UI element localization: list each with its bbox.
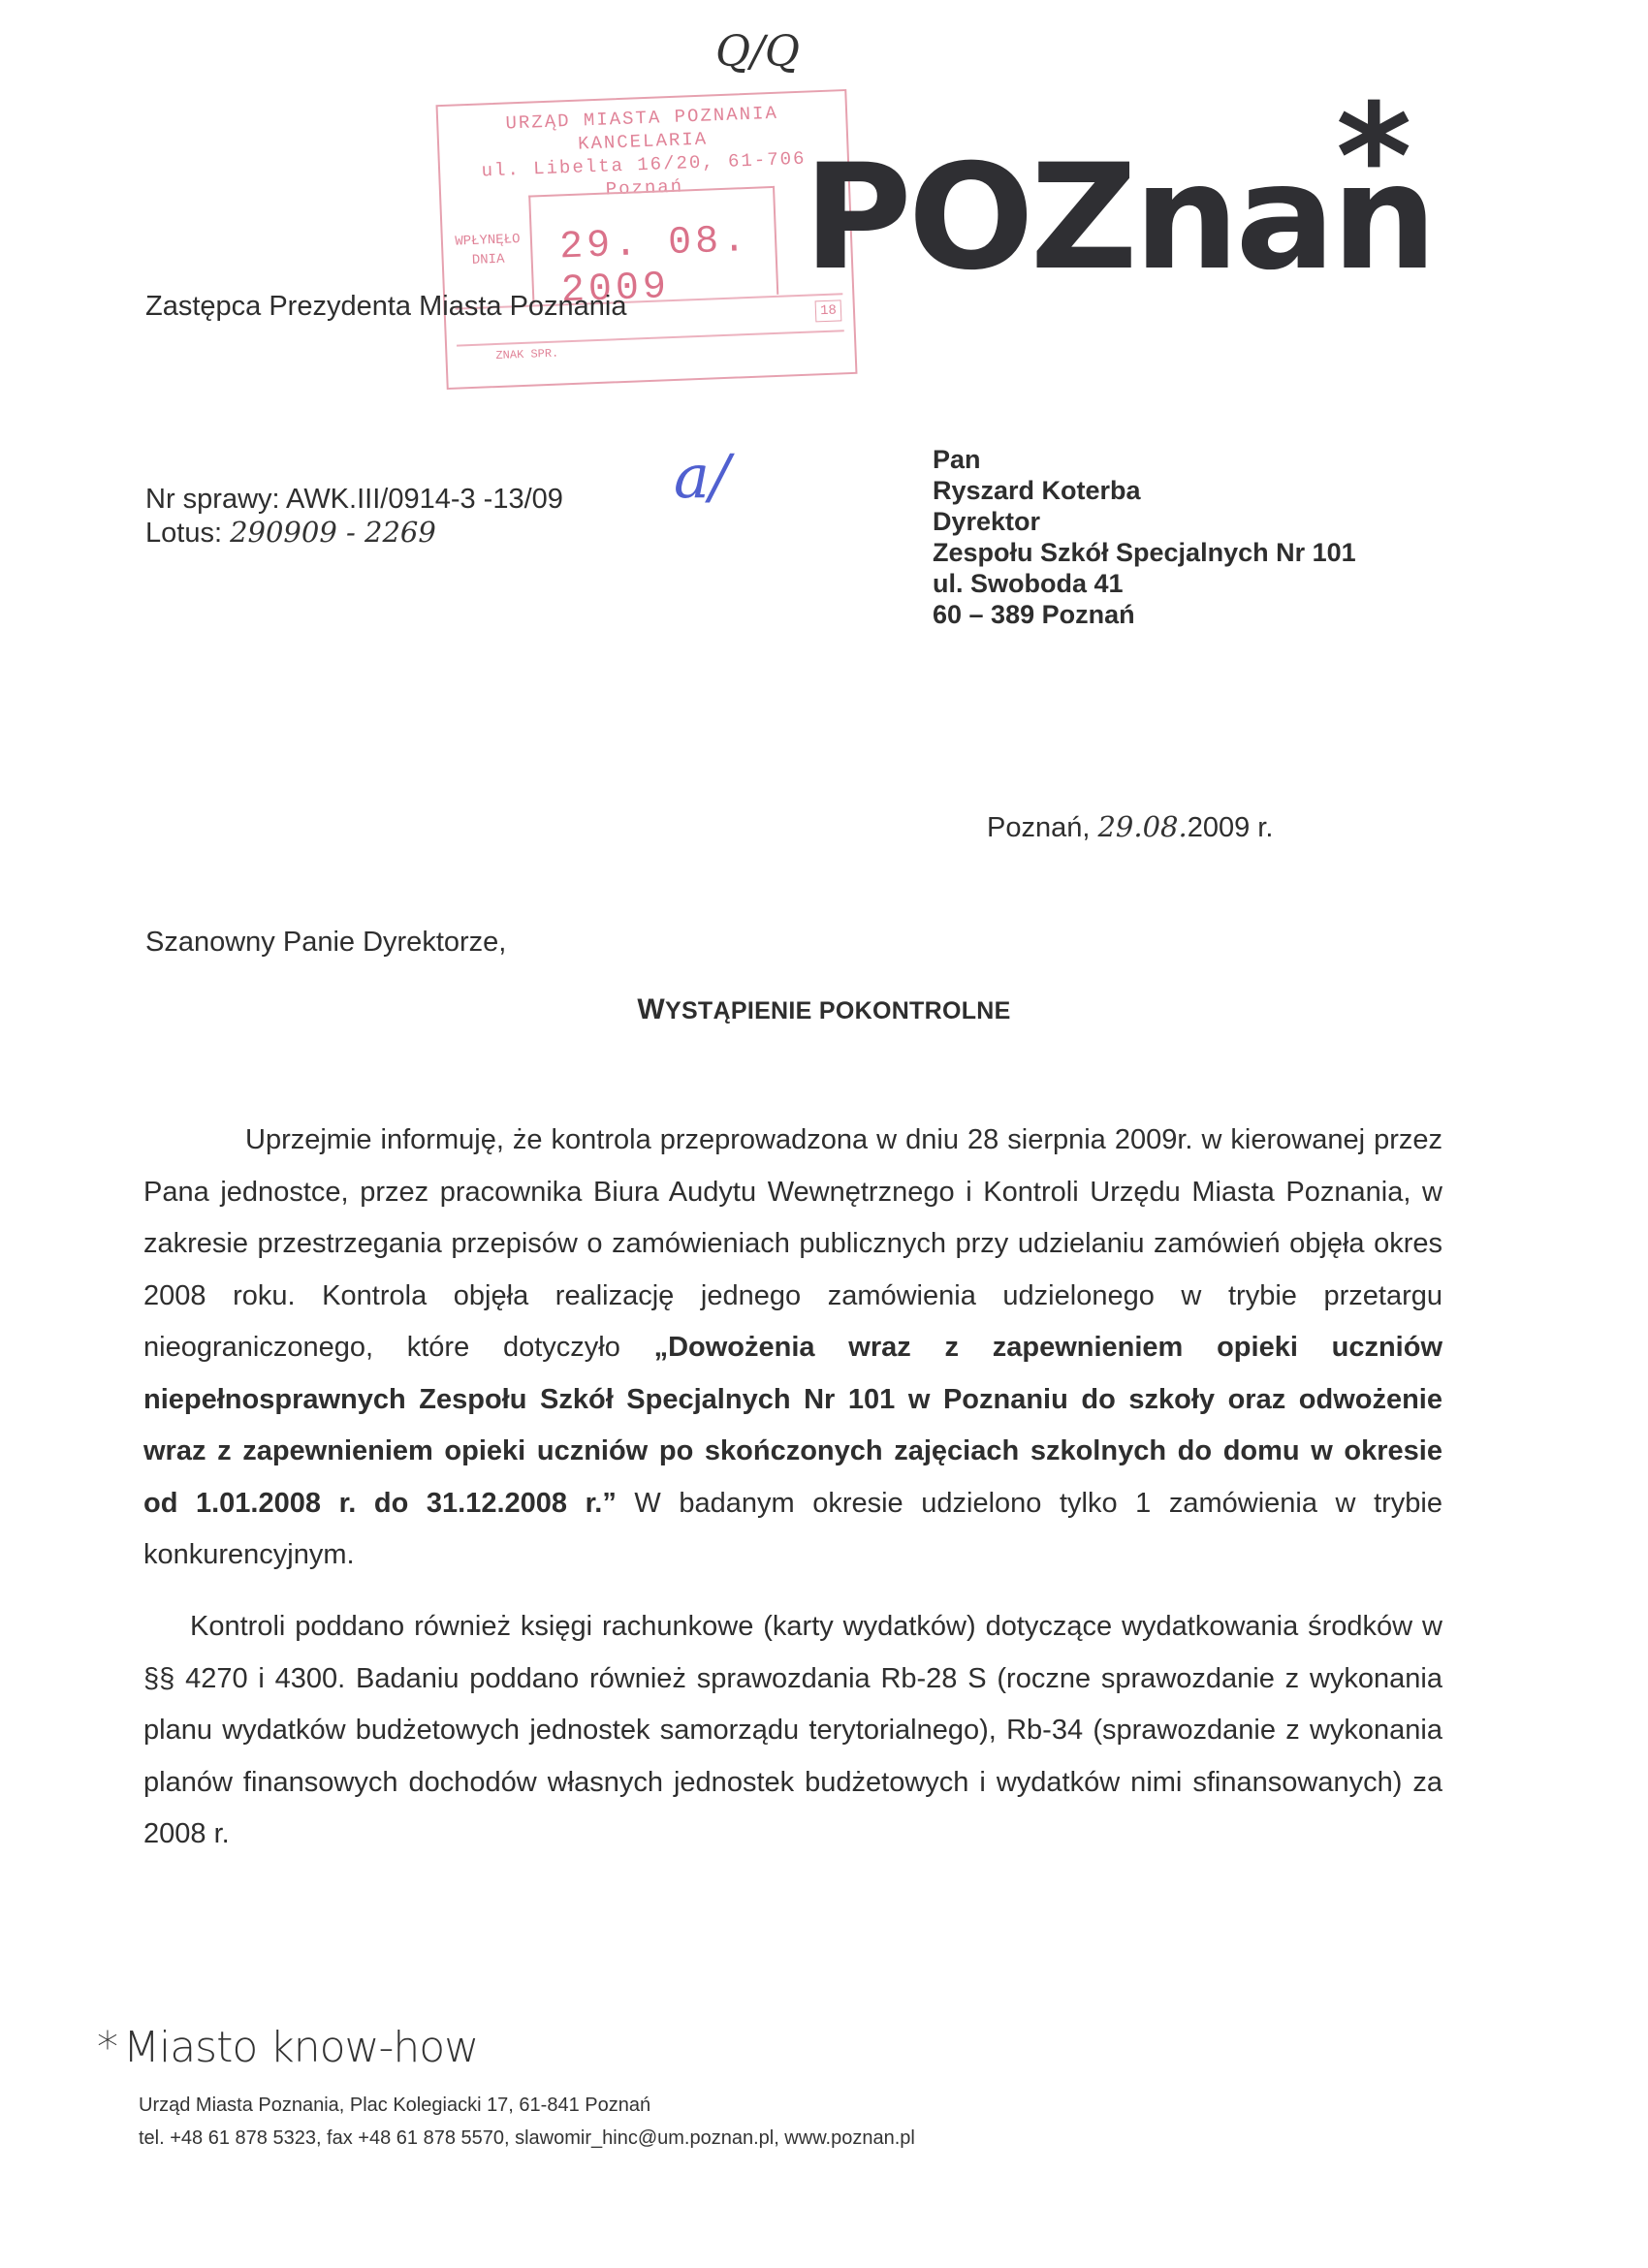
recipient-city: 60 – 389 Poznań [933, 599, 1356, 630]
received-stamp: URZĄD MIASTA POZNANIA KANCELARIA ul. Lib… [436, 89, 858, 390]
body-paragraph-2: Kontroli poddano również księgi rachunko… [143, 1601, 1442, 1861]
case-number-label: Nr sprawy: [145, 484, 280, 515]
footer-brand-text: Miasto know-how [123, 2023, 478, 2072]
case-number-value: AWK.III/0914-3 -13/09 [286, 484, 563, 515]
lotus-value: 290909 - 2269 [230, 516, 436, 549]
footer-contact: tel. +48 61 878 5323, fax +48 61 878 557… [139, 2127, 915, 2150]
footer-address: Urząd Miasta Poznania, Plac Kolegiacki 1… [139, 2095, 650, 2117]
dateline-city: Poznań, [987, 812, 1090, 843]
dateline-year: 2009 r. [1188, 812, 1274, 843]
stamp-received-label: WPŁYNĘŁO DNIA [449, 230, 527, 271]
body-paragraph-1: Uprzejmie informuję, że kontrola przepro… [143, 1115, 1442, 1582]
greeting: Szanowny Panie Dyrektorze, [145, 927, 506, 959]
stamp-divider [457, 330, 844, 346]
recipient-organization: Zespołu Szkół Specjalnych Nr 101 [933, 537, 1356, 568]
title-initial: W [637, 993, 665, 1025]
stamp-bottom-label: ZNAK SPR. [495, 347, 558, 362]
sender-title: Zastępca Prezydenta Miasta Poznania [145, 291, 627, 323]
dateline-handwritten-date: 29.08. [1097, 810, 1187, 843]
asterisk-icon: * [97, 2023, 117, 2072]
recipient-position: Dyrektor [933, 506, 1356, 537]
title-rest: YSTĄPIENIE POKONTROLNE [665, 997, 1011, 1024]
document-title: WYSTĄPIENIE POKONTROLNE [0, 993, 1648, 1026]
lotus-number: Lotus: 290909 - 2269 [145, 516, 563, 550]
asterisk-logo-icon: * [1336, 85, 1411, 231]
dateline: Poznań, 29.08.2009 r. [987, 810, 1273, 844]
stamp-number: 18 [815, 299, 842, 322]
recipient-salutation: Pan [933, 444, 1356, 475]
handwritten-mark: a/ [674, 441, 730, 512]
paragraph-text: Uprzejmie informuję, że kontrola przepro… [143, 1124, 1442, 1363]
recipient-address: Pan Ryszard Koterba Dyrektor Zespołu Szk… [933, 444, 1356, 630]
recipient-name: Ryszard Koterba [933, 475, 1356, 506]
lotus-label: Lotus: [145, 518, 222, 549]
case-info: Nr sprawy: AWK.III/0914-3 -13/09 Lotus: … [145, 483, 563, 550]
case-number: Nr sprawy: AWK.III/0914-3 -13/09 [145, 483, 563, 516]
footer-brand: *Miasto know-how [97, 2023, 478, 2072]
handwritten-annotation: Q/Q [715, 27, 800, 77]
recipient-street: ul. Swoboda 41 [933, 568, 1356, 599]
